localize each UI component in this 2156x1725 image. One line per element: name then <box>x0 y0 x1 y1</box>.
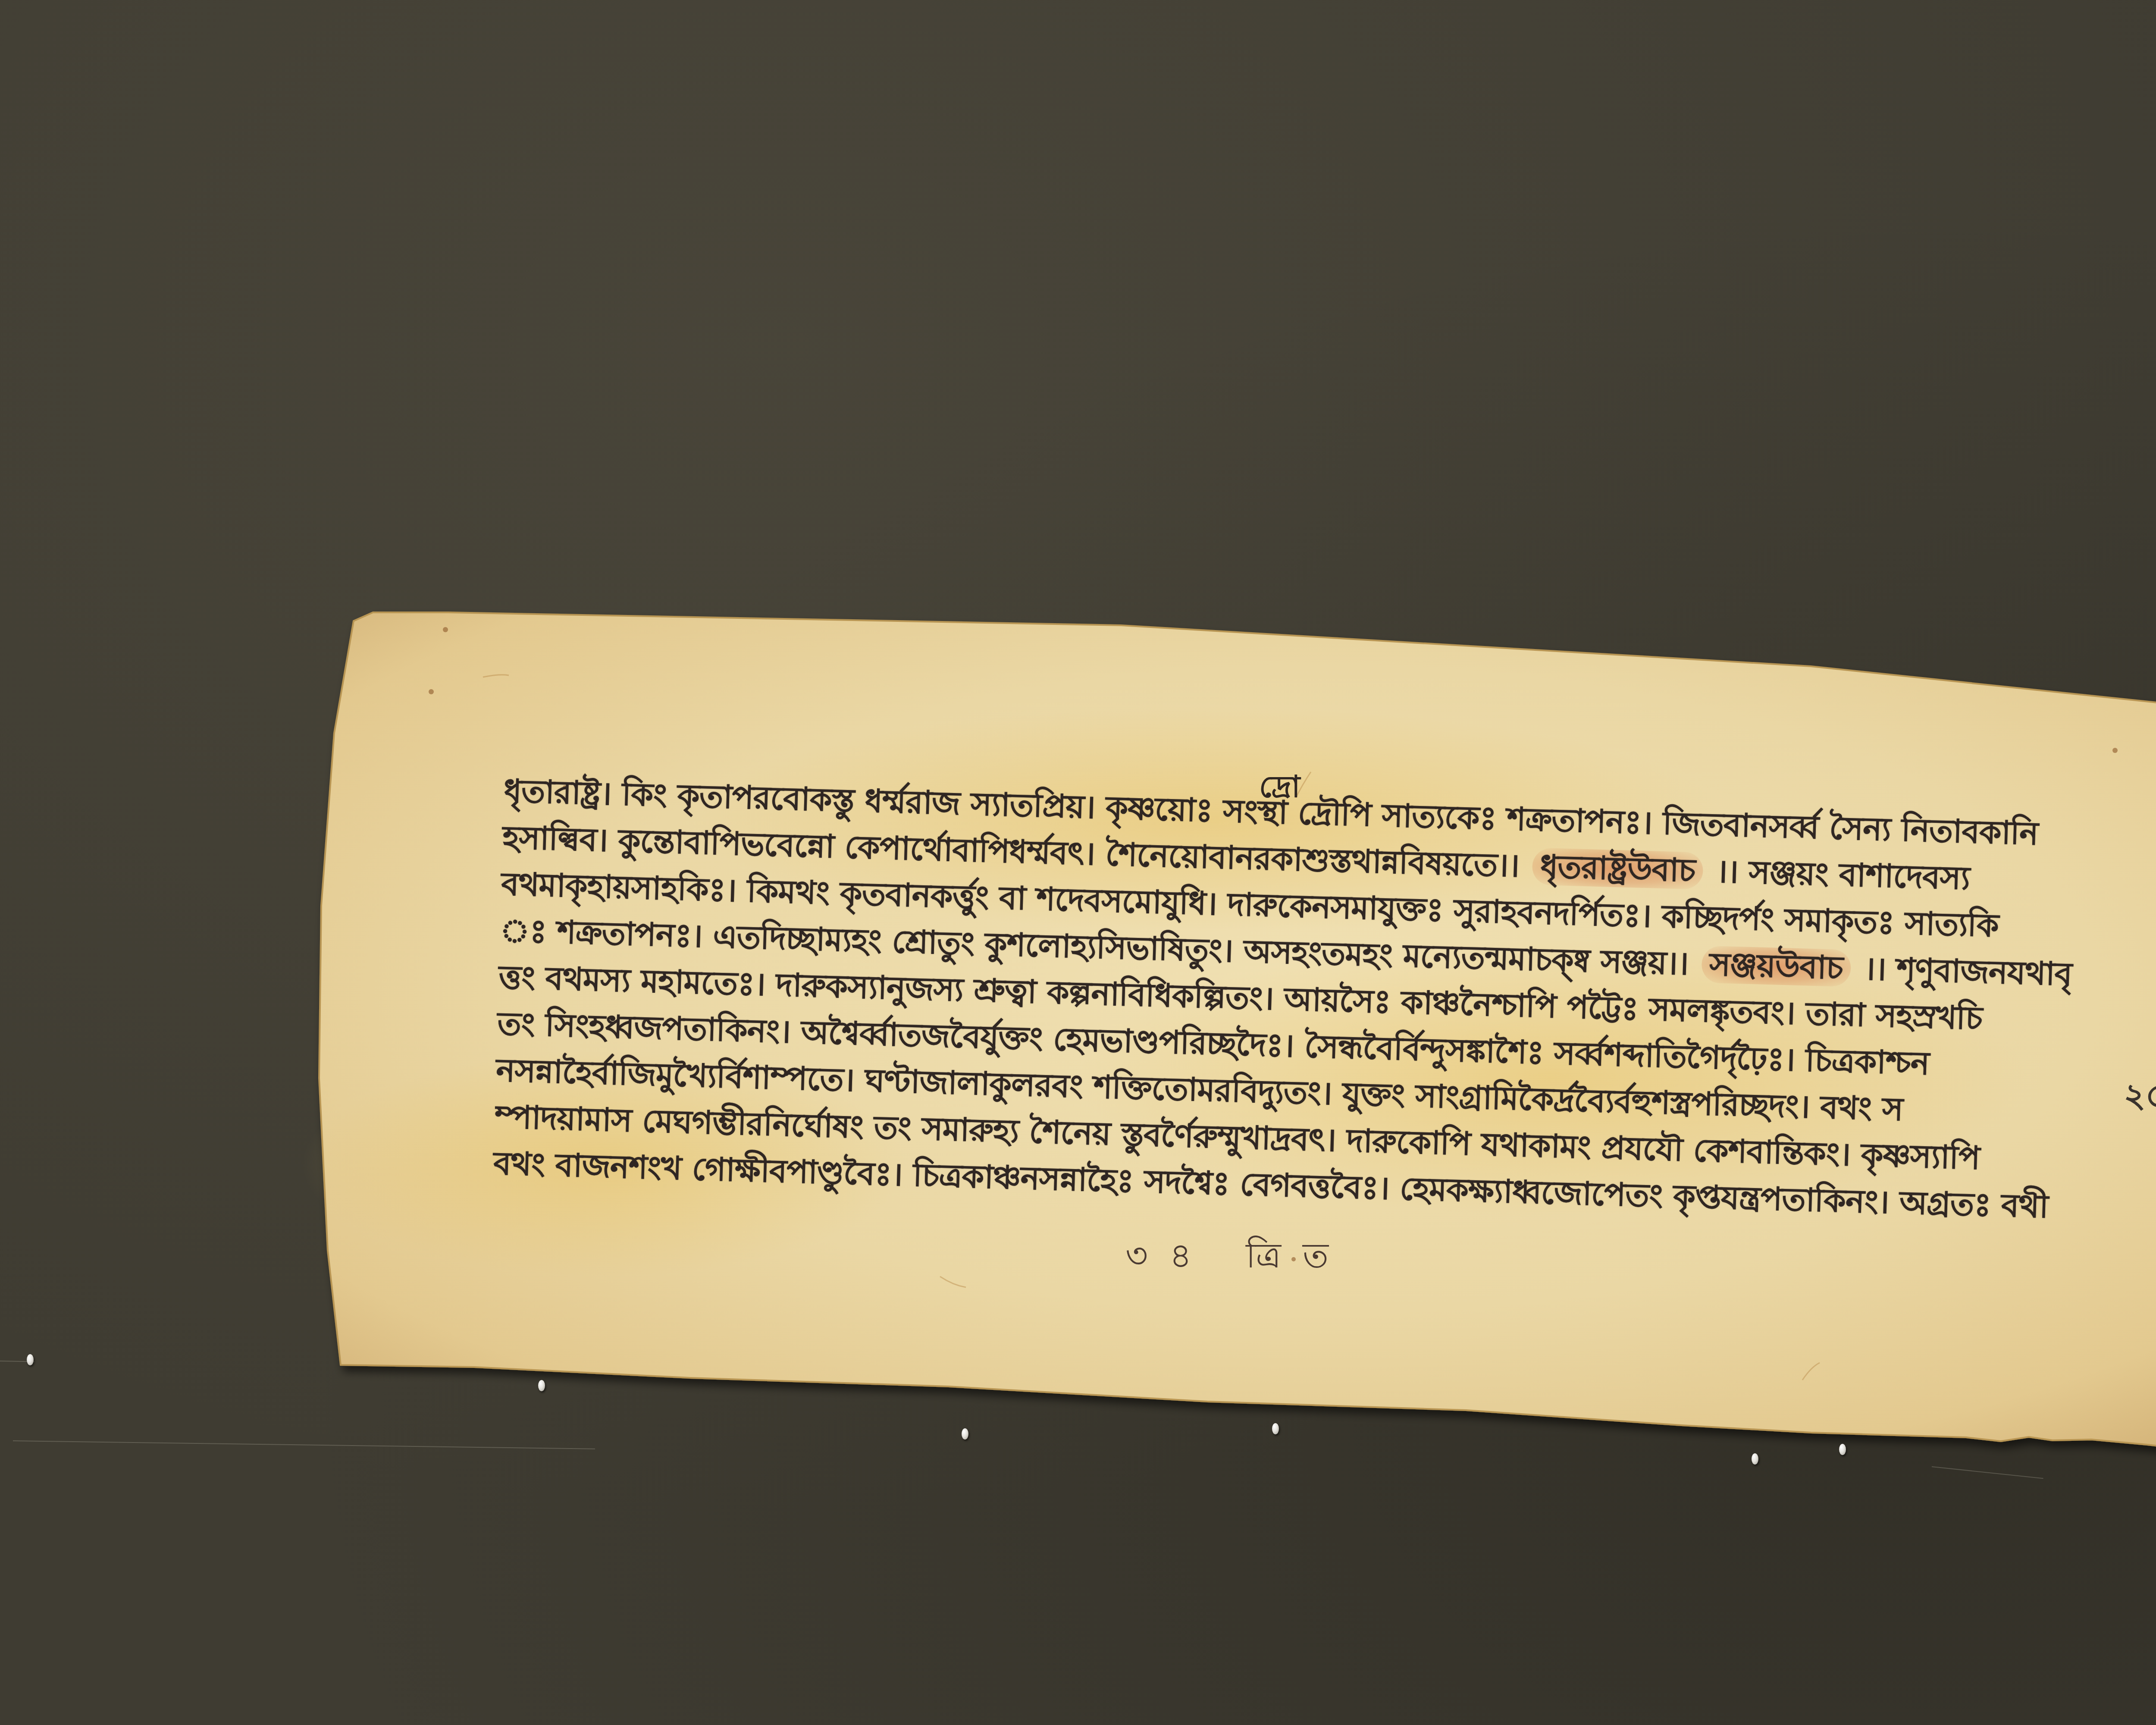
manuscript-text-block: ধৃতারাষ্ট্র। কিং কৃতাপরবোকস্তু ধর্ম্মরাজ… <box>493 768 2156 1233</box>
mounting-pin <box>538 1380 545 1391</box>
margin-note: ৩৪ ত্রিত <box>1125 1229 1350 1287</box>
rubric-speaker-sanjaya: সঞ্জয়উবাচ <box>1701 946 1851 987</box>
text-segment: ।। শৃণুবাজনযথাবৃ <box>1863 950 2072 993</box>
rubric-speaker-dhritarashtra: ধৃতরাষ্ট্রউবাচ <box>1532 848 1704 890</box>
mounting-pin <box>1272 1423 1279 1434</box>
text-segment: ।। সঞ্জয়ং বাশাদেবস্য <box>1716 853 1970 897</box>
manuscript-folio: দ্রো ধৃতারাষ্ট্র। কিং কৃতাপরবোকস্তু ধর্ম… <box>0 0 2156 1725</box>
mounting-pin <box>1752 1453 1758 1465</box>
mounting-pin <box>27 1354 34 1365</box>
folio-number: ২৫৭ <box>2124 1069 2156 1126</box>
mounting-pin <box>962 1428 968 1440</box>
mounting-pin <box>1839 1444 1846 1455</box>
